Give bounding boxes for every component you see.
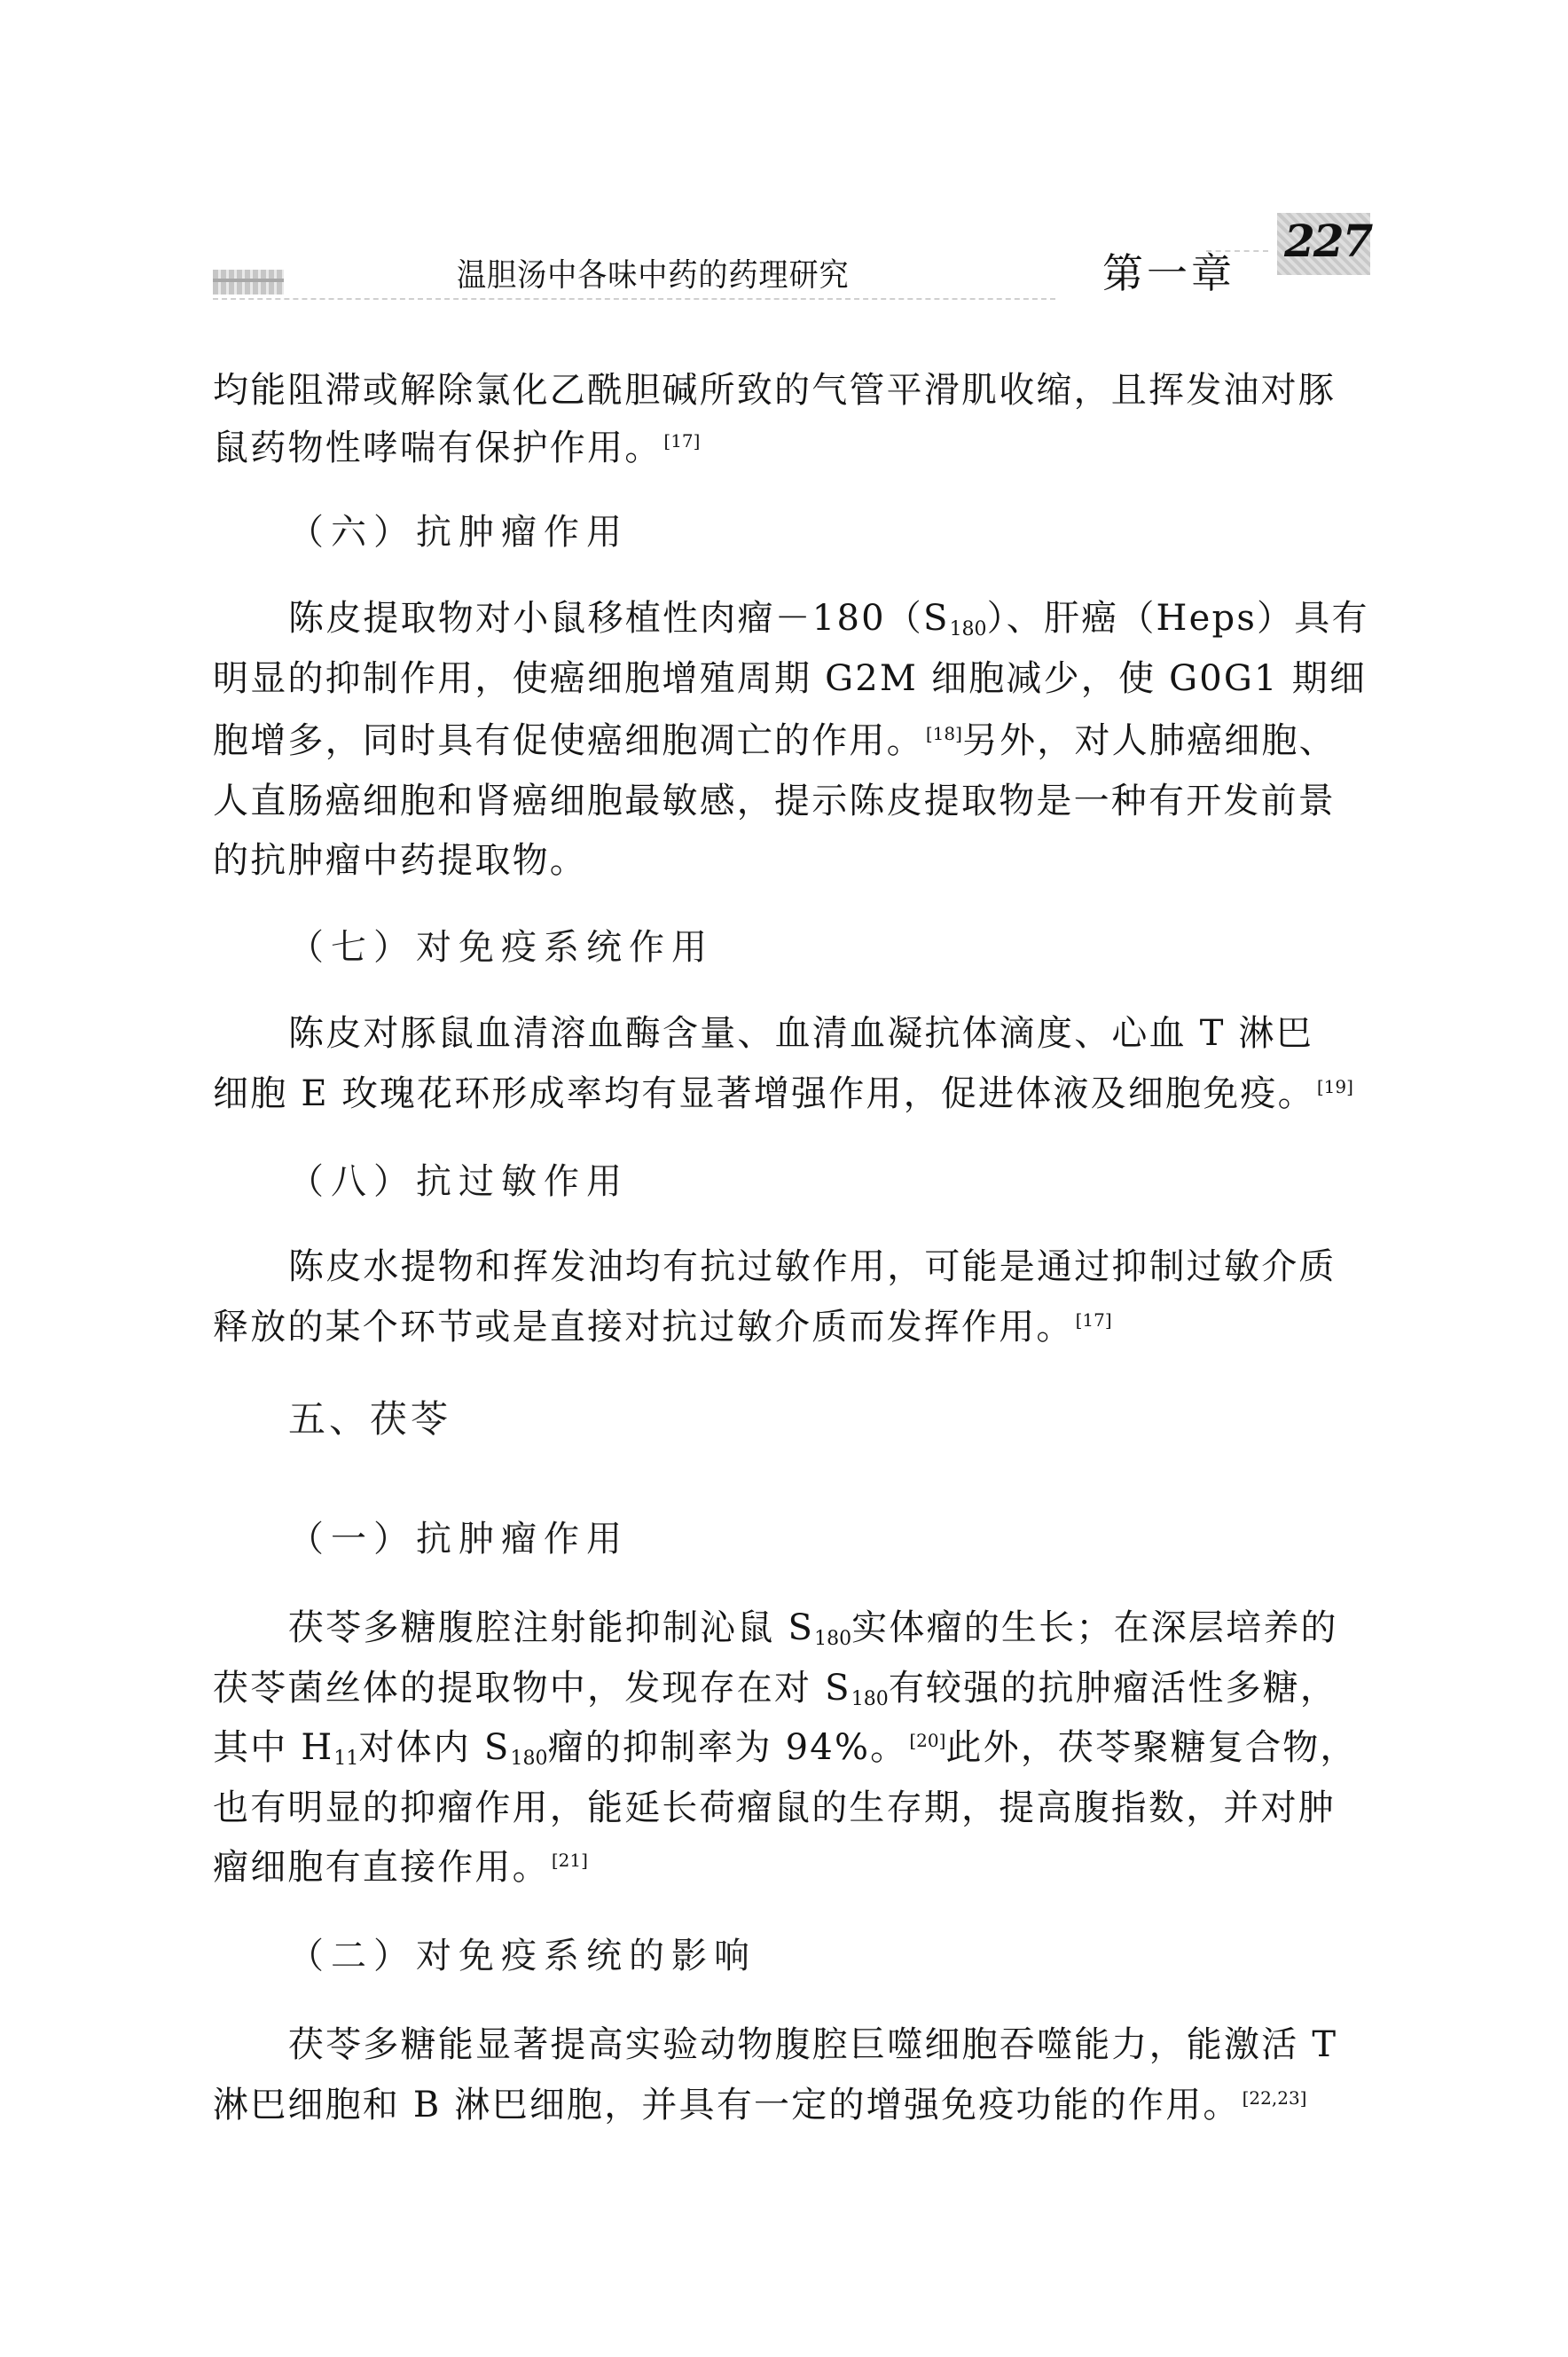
paragraph-line: 胞增多，同时具有促使癌细胞凋亡的作用。[18]另外，对人肺癌细胞、: [213, 719, 1337, 762]
citation: [18]: [926, 723, 962, 744]
paragraph-line: 陈皮对豚鼠血清溶血酶含量、血清血凝抗体滴度、心血 T 淋巴: [288, 1012, 1313, 1055]
subscript: 180: [950, 618, 987, 640]
paragraph-line: 均能阻滞或解除氯化乙酰胆碱所致的气管平滑肌收缩，且挥发油对豚: [213, 369, 1336, 412]
text: 细胞 E 玫瑰花环形成率均有显著增强作用，促进体液及细胞免疫。: [213, 1073, 1315, 1114]
paragraph-line: 淋巴细胞和 B 淋巴细胞，并具有一定的增强免疫功能的作用。[22,23]: [213, 2084, 1307, 2126]
paragraph-line: 细胞 E 玫瑰花环形成率均有显著增强作用，促进体液及细胞免疫。[19]: [213, 1072, 1353, 1115]
paragraph-line: 鼠药物性哮喘有保护作用。[17]: [213, 427, 700, 469]
text: 瘤的抑制率为 94%。: [548, 1727, 908, 1768]
paragraph-line: 茯苓菌丝体的提取物中，发现存在对 S180有较强的抗肿瘤活性多糖，: [213, 1667, 1337, 1709]
text: 释放的某个环节或是直接对抗过敏介质而发挥作用。: [213, 1307, 1074, 1347]
paragraph-line: 茯苓多糖能显著提高实验动物腹腔巨噬细胞吞噬能力，能激活 T: [288, 2023, 1337, 2066]
text: 也有明显的抑瘤作用，能延长荷瘤鼠的生存期，提高腹指数，并对肿: [213, 1787, 1336, 1828]
paragraph-line: 茯苓多糖腹腔注射能抑制沁鼠 S180实体瘤的生长；在深层培养的: [288, 1607, 1338, 1649]
paragraph-line: 陈皮提取物对小鼠移植性肉瘤－180（S180）、肝癌（Heps）具有: [288, 597, 1369, 640]
subscript: 180: [814, 1628, 851, 1650]
subheading-immune: （七）对免疫系统作用: [288, 926, 714, 969]
header-ornament: [213, 270, 284, 295]
text: 其中 H: [213, 1727, 333, 1768]
text: 茯苓多糖能显著提高实验动物腹腔巨噬细胞吞噬能力，能激活 T: [288, 2024, 1337, 2065]
text: 均能阻滞或解除氯化乙酰胆碱所致的气管平滑肌收缩，且挥发油对豚: [213, 370, 1336, 411]
text: 明显的抑制作用，使癌细胞增殖周期 G2M 细胞减少，使 G0G1 期细: [213, 658, 1367, 699]
text: 胞增多，同时具有促使癌细胞凋亡的作用。: [213, 720, 924, 761]
book-page: 温胆汤中各味中药的药理研究 第一章 227 均能阻滞或解除氯化乙酰胆碱所致的气管…: [0, 0, 1568, 2357]
text: 另外，对人肺癌细胞、: [962, 720, 1337, 761]
text: 陈皮对豚鼠血清溶血酶含量、血清血凝抗体滴度、心血 T 淋巴: [288, 1013, 1313, 1054]
text: 茯苓菌丝体的提取物中，发现存在对 S: [213, 1668, 851, 1709]
paragraph-line: 的抗肿瘤中药提取物。: [213, 839, 587, 882]
text: 瘤细胞有直接作用。: [213, 1847, 550, 1888]
paragraph-line: 释放的某个环节或是直接对抗过敏介质而发挥作用。[17]: [213, 1306, 1112, 1348]
text: 陈皮水提物和挥发油均有抗过敏作用，可能是通过抑制过敏介质: [288, 1246, 1337, 1287]
subheading-antitumor: （六）抗肿瘤作用: [288, 511, 629, 554]
paragraph-line: 其中 H11对体内 S180瘤的抑制率为 94%。[20]此外，茯苓聚糖复合物，: [213, 1726, 1358, 1769]
text: ）、肝癌（Heps）具有: [987, 598, 1369, 639]
subscript: 11: [333, 1748, 358, 1770]
chapter-label: 第一章: [1102, 241, 1235, 300]
subscript: 180: [851, 1688, 889, 1710]
citation: [21]: [552, 1850, 588, 1871]
text: 陈皮提取物对小鼠移植性肉瘤－180（S: [288, 598, 950, 639]
text: 对体内 S: [358, 1727, 510, 1768]
section-heading-fuling: 五、茯苓: [288, 1398, 451, 1441]
paragraph-line: 也有明显的抑瘤作用，能延长荷瘤鼠的生存期，提高腹指数，并对肿: [213, 1787, 1336, 1829]
text: 此外，茯苓聚糖复合物，: [945, 1727, 1357, 1768]
paragraph-line: 陈皮水提物和挥发油均有抗过敏作用，可能是通过抑制过敏介质: [288, 1245, 1337, 1288]
subheading-antitumor-fuling: （一）抗肿瘤作用: [288, 1518, 629, 1560]
subscript: 180: [511, 1748, 548, 1770]
text: 实体瘤的生长；在深层培养的: [851, 1607, 1338, 1648]
subheading-antiallergy: （八）抗过敏作用: [288, 1160, 629, 1203]
text: 有较强的抗肿瘤活性多糖，: [889, 1668, 1337, 1709]
header-rule: [213, 298, 1055, 300]
text: 人直肠癌细胞和肾癌细胞最敏感，提示陈皮提取物是一种有开发前景: [213, 781, 1336, 821]
paragraph-line: 人直肠癌细胞和肾癌细胞最敏感，提示陈皮提取物是一种有开发前景: [213, 780, 1336, 822]
paragraph-line: 明显的抑制作用，使癌细胞增殖周期 G2M 细胞减少，使 G0G1 期细: [213, 657, 1367, 700]
paragraph-line: 瘤细胞有直接作用。[21]: [213, 1846, 588, 1889]
citation: [19]: [1317, 1076, 1353, 1097]
citation: [17]: [1076, 1309, 1112, 1331]
text: 淋巴细胞和 B 淋巴细胞，并具有一定的增强免疫功能的作用。: [213, 2085, 1241, 2125]
running-title: 温胆汤中各味中药的药理研究: [457, 250, 850, 295]
subheading-immune-fuling: （二）对免疫系统的影响: [288, 1935, 757, 1977]
citation: [17]: [663, 430, 700, 452]
page-number: 227: [1284, 215, 1371, 267]
text: 的抗肿瘤中药提取物。: [213, 840, 587, 881]
citation: [22,23]: [1243, 2087, 1307, 2109]
citation: [20]: [909, 1730, 945, 1751]
text: 茯苓多糖腹腔注射能抑制沁鼠 S: [288, 1607, 814, 1648]
text: 鼠药物性哮喘有保护作用。: [213, 428, 662, 468]
